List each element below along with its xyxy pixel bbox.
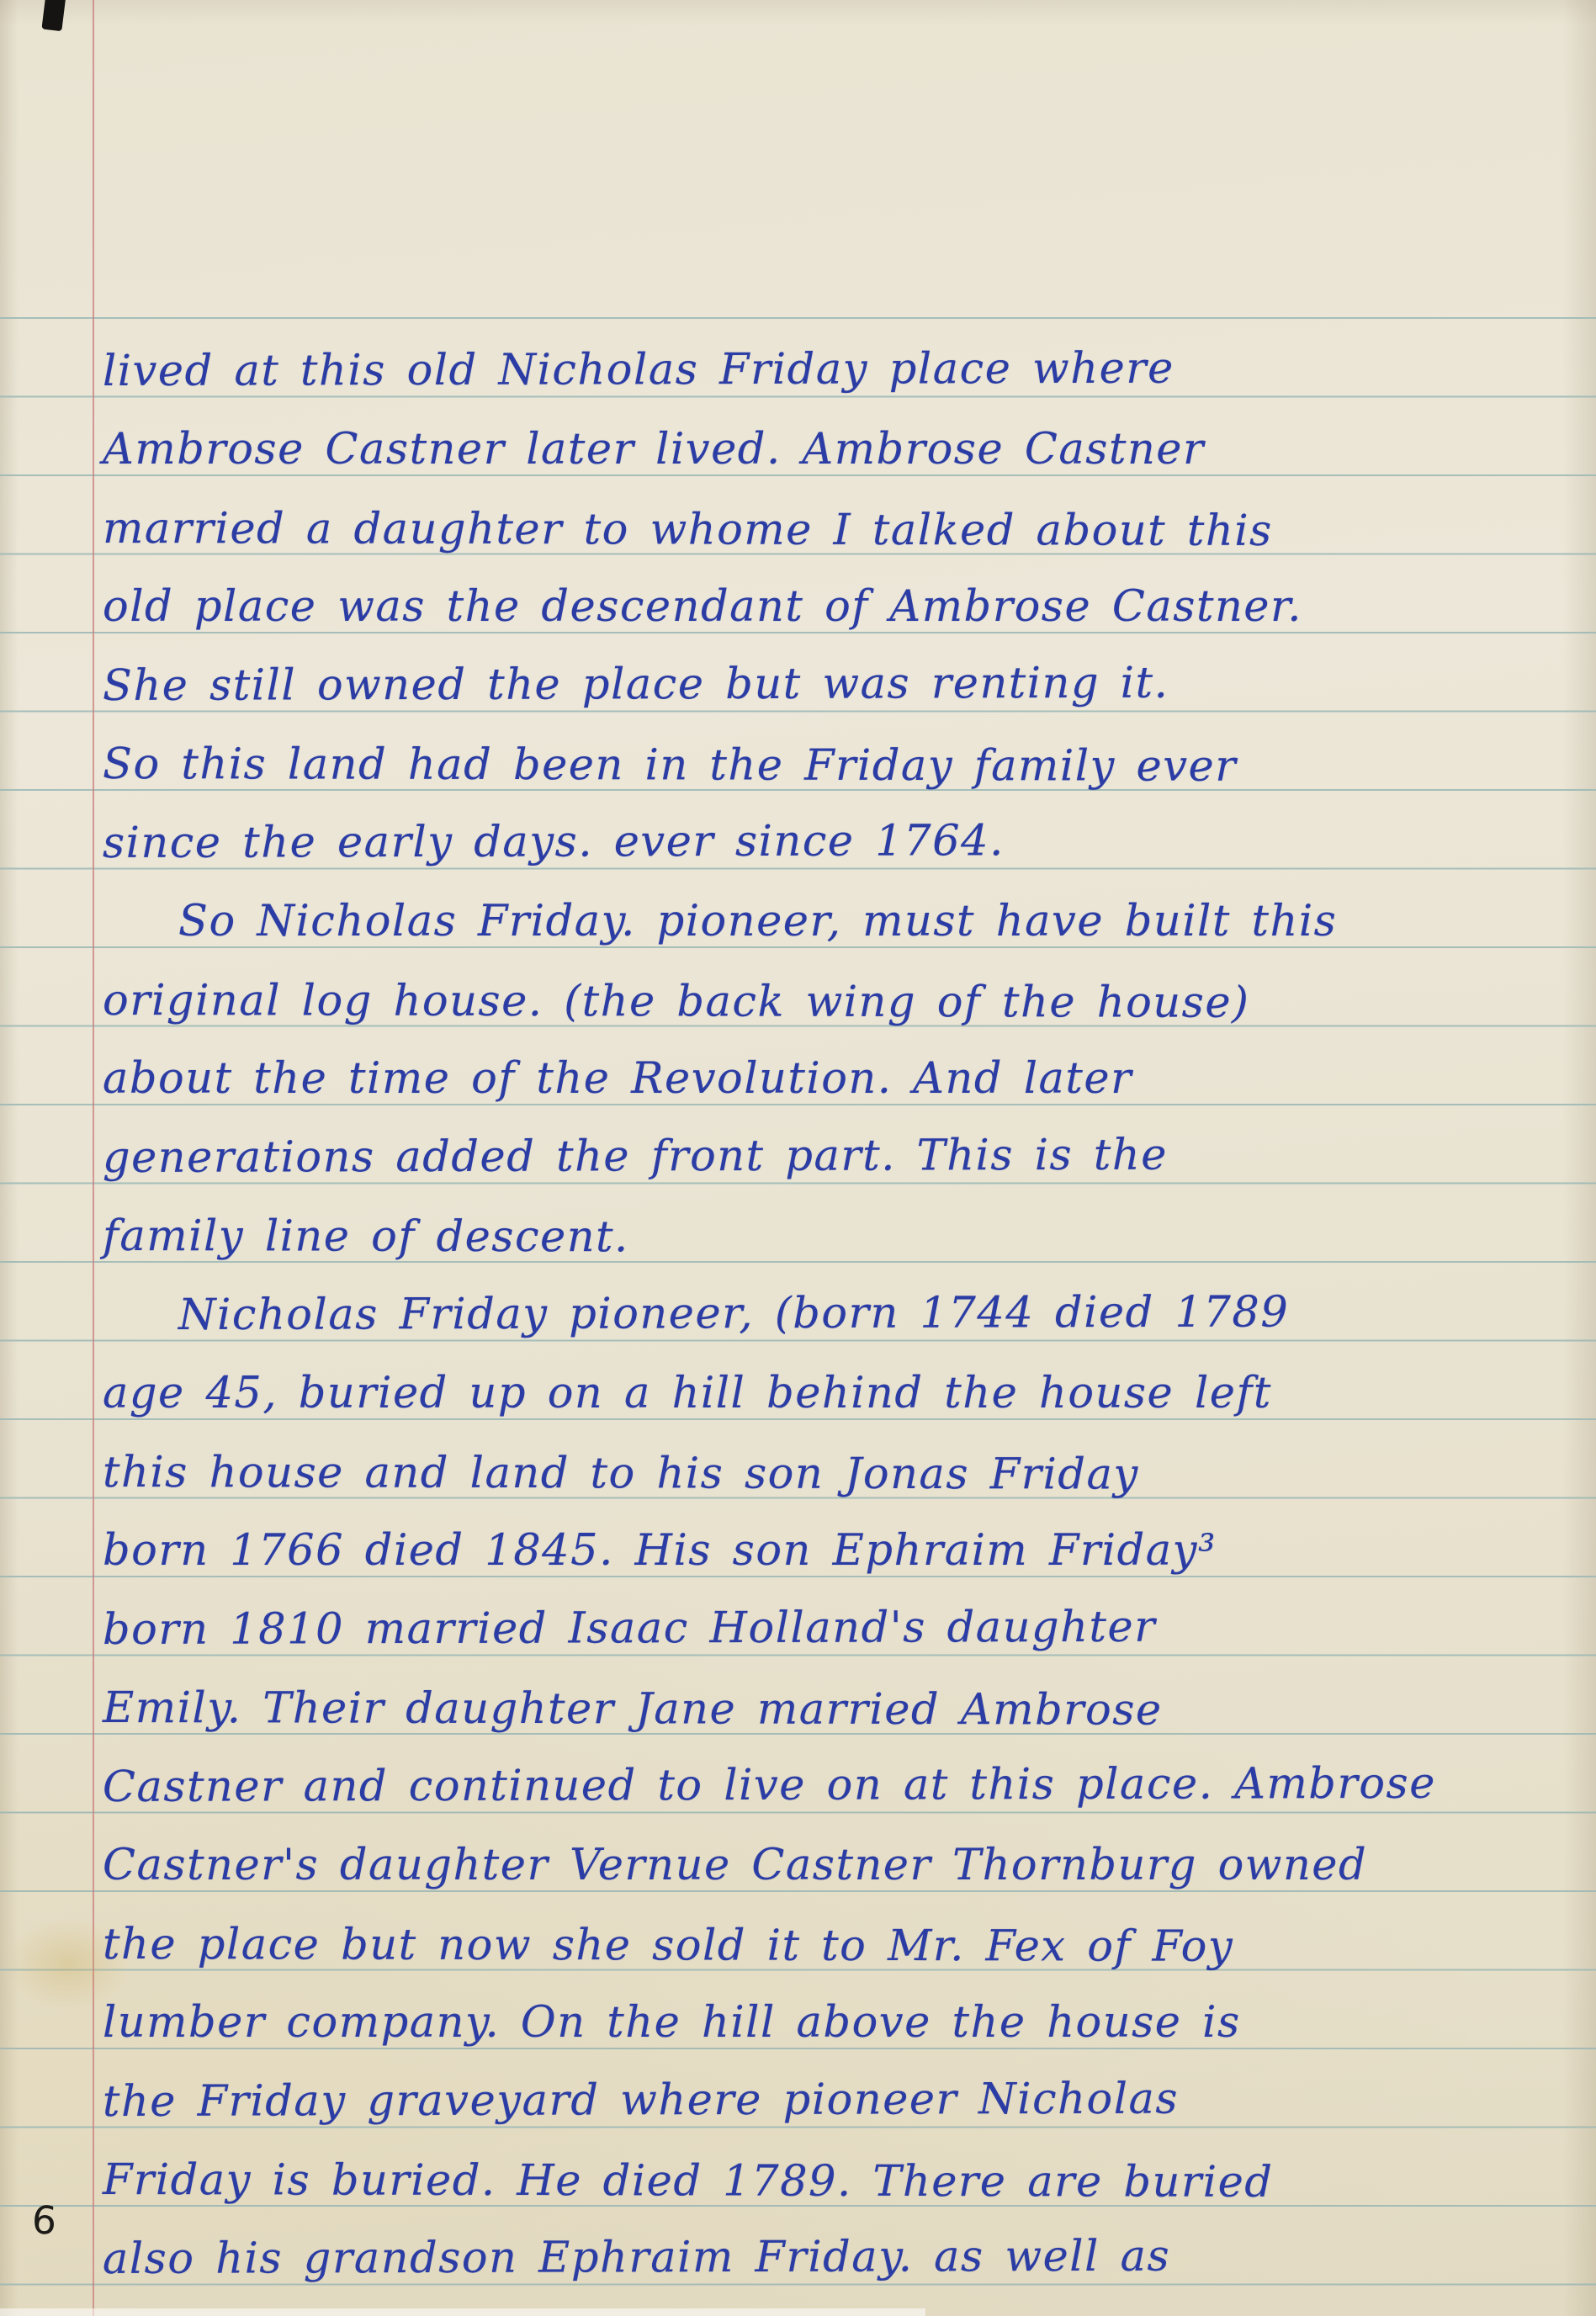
- handwritten-line: also his grandson Ephraim Friday. as wel…: [103, 2218, 1170, 2283]
- handwritten-line: about the time of the Revolution. And la…: [103, 1041, 1132, 1104]
- handwritten-line: Emily. Their daughter Jane married Ambro…: [103, 1671, 1163, 1736]
- handwritten-line: Nicholas Friday pioneer, (born 1744 died…: [178, 1275, 1290, 1339]
- handwritten-line: Castner's daughter Vernue Castner Thornb…: [103, 1828, 1367, 1890]
- handwritten-line: Ambrose Castner later lived. Ambrose Cas…: [103, 412, 1205, 474]
- handwritten-line: born 1810 married Isaac Holland's daught…: [103, 1589, 1156, 1654]
- handwritten-line: old place was the descendant of Ambrose …: [103, 570, 1302, 632]
- handwritten-line: since the early days. ever since 1764.: [103, 803, 1005, 868]
- handwritten-line: She still owned the place but was rentin…: [103, 645, 1169, 710]
- handwritten-line: generations added the front part. This i…: [103, 1117, 1168, 1182]
- handwritten-line: So Nicholas Friday. pioneer, must have b…: [178, 884, 1337, 946]
- handwritten-line: Friday is buried. He died 1789. There ar…: [103, 2143, 1274, 2207]
- scan-bottom-edge: [0, 2308, 925, 2316]
- handwritten-line: So this land had been in the Friday fami…: [103, 727, 1237, 792]
- handwritten-line: this house and land to his son Jonas Fri…: [103, 1435, 1139, 1500]
- handwritten-line: lumber company. On the hill above the ho…: [103, 1985, 1241, 2048]
- handwritten-line: original log house. (the back wing of th…: [103, 963, 1250, 1028]
- handwritten-line: Castner and continued to live on at this…: [103, 1746, 1436, 1811]
- handwritten-line: the place but now she sold it to Mr. Fex…: [103, 1907, 1233, 1972]
- handwritten-line: married a daughter to whome I talked abo…: [103, 491, 1273, 556]
- handwritten-line: the Friday graveyard where pioneer Nicho…: [103, 2061, 1179, 2126]
- handwritten-line: age 45, buried up on a hill behind the h…: [103, 1356, 1272, 1418]
- handwritten-line: born 1766 died 1845. His son Ephraim Fri…: [103, 1513, 1217, 1576]
- handwritten-line: lived at this old Nicholas Friday place …: [103, 331, 1174, 395]
- notebook-page: lived at this old Nicholas Friday place …: [0, 0, 1596, 2316]
- page-number: 6: [30, 2197, 58, 2244]
- handwritten-text: lived at this old Nicholas Friday place …: [0, 0, 1596, 2316]
- handwritten-line: family line of descent.: [103, 1199, 629, 1262]
